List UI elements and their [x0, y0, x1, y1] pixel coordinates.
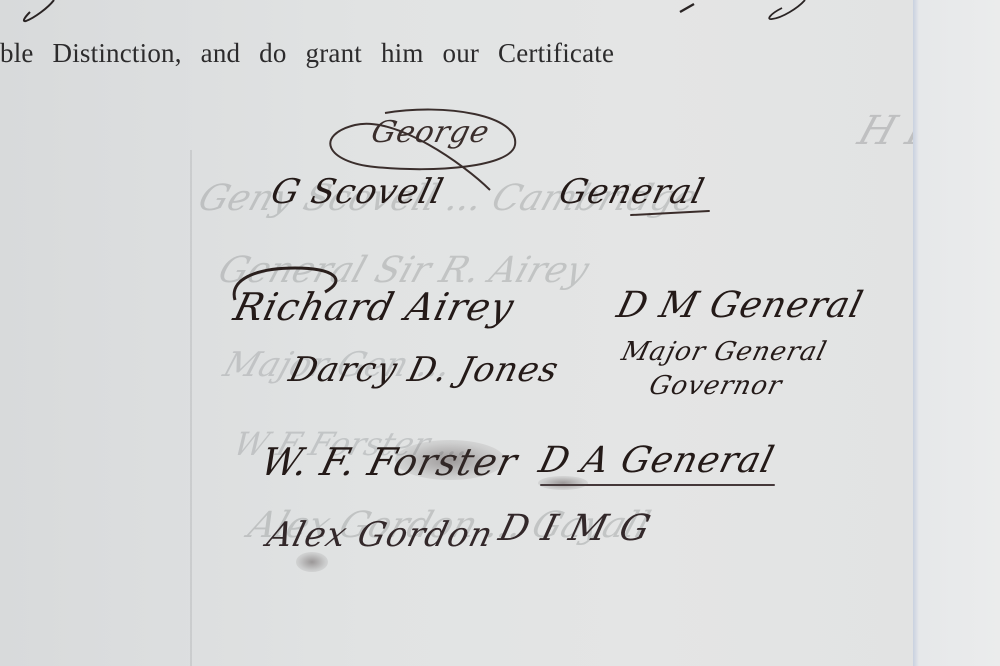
signature-airey-name: Richard Airey: [230, 285, 519, 329]
signature-gordon-role: D I M G: [495, 508, 655, 549]
mount-backing: [913, 0, 1000, 666]
ink-smudge-underline: [538, 476, 588, 490]
signature-george: George: [368, 115, 494, 150]
certificate-paper: ble Distinction, and do grant him our Ce…: [0, 0, 913, 666]
signature-gordon-name: Alex Gordon: [263, 515, 498, 555]
document-photo: ble Distinction, and do grant him our Ce…: [0, 0, 1000, 666]
signature-jones-role: Major General Governor: [552, 335, 889, 403]
paper-fold-line: [190, 150, 192, 666]
ink-smudge: [395, 440, 505, 480]
printed-certificate-text: ble Distinction, and do grant him our Ce…: [0, 38, 614, 69]
signature-scovell-name: G Scovell: [267, 172, 448, 212]
signature-jones-name: Darcy D. Jones: [285, 350, 563, 390]
ink-blot: [296, 552, 328, 572]
signature-airey-role: D M General: [613, 285, 868, 326]
top-flourish-right: [670, 0, 820, 24]
top-flourish-left: [20, 0, 60, 24]
signature-scovell-role: General: [555, 172, 709, 212]
signature-jones-role-text: Major General Governor: [552, 335, 889, 403]
signature-forster-role: D A General: [535, 440, 779, 481]
